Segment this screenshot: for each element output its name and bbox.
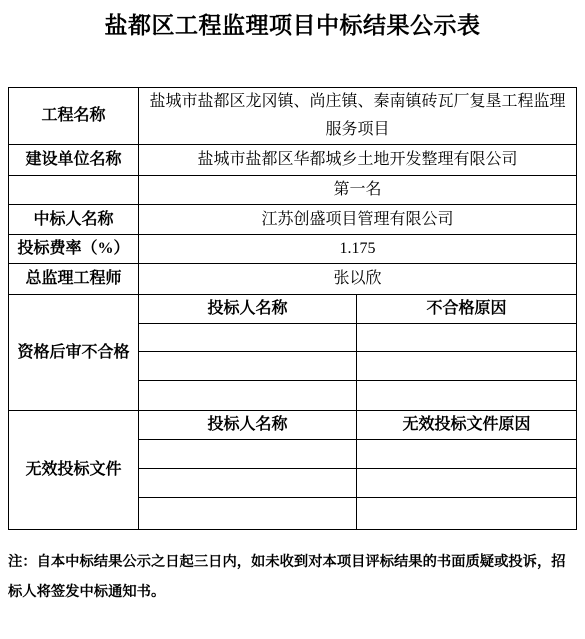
owner-name-value: 盐城市盐都区华都城乡土地开发整理有限公司 <box>139 145 577 176</box>
chief-engineer-label: 总监理工程师 <box>9 264 139 295</box>
winner-name-label: 中标人名称 <box>9 205 139 235</box>
page-title: 盐都区工程监理项目中标结果公示表 <box>0 0 585 42</box>
table-row: 第一名 <box>9 176 577 205</box>
announcement-page: 盐都区工程监理项目中标结果公示表 工程名称 盐城市盐都区龙冈镇、尚庄镇、秦南镇砖… <box>0 0 585 639</box>
footer-note: 注：自本中标结果公示之日起三日内，如未收到对本项目评标结果的书面质疑或投诉，招 … <box>8 547 581 607</box>
rank-value: 第一名 <box>139 176 577 205</box>
bid-rate-value: 1.175 <box>139 235 577 264</box>
invalid-reason-cell <box>357 469 577 498</box>
table-row: 资格后审不合格 投标人名称 不合格原因 <box>9 295 577 324</box>
disqualified-reason-cell <box>357 324 577 352</box>
winner-name-value: 江苏创盛项目管理有限公司 <box>139 205 577 235</box>
table-row: 建设单位名称 盐城市盐都区华都城乡土地开发整理有限公司 <box>9 145 577 176</box>
invalid-section-label: 无效投标文件 <box>9 411 139 530</box>
disqualified-bidder-cell <box>139 381 357 411</box>
invalid-bidder-header: 投标人名称 <box>139 411 357 440</box>
invalid-bidder-cell <box>139 440 357 469</box>
bid-rate-label: 投标费率（%） <box>9 235 139 264</box>
invalid-bidder-cell <box>139 469 357 498</box>
disqualified-reason-cell <box>357 352 577 381</box>
invalid-reason-cell <box>357 440 577 469</box>
invalid-reason-cell <box>357 498 577 530</box>
rank-label <box>9 176 139 205</box>
table-row: 无效投标文件 投标人名称 无效投标文件原因 <box>9 411 577 440</box>
project-name-label: 工程名称 <box>9 88 139 145</box>
invalid-bidder-cell <box>139 498 357 530</box>
disqualified-bidder-cell <box>139 324 357 352</box>
table-row: 总监理工程师 张以欣 <box>9 264 577 295</box>
table-row: 投标费率（%） 1.175 <box>9 235 577 264</box>
table-row: 中标人名称 江苏创盛项目管理有限公司 <box>9 205 577 235</box>
disqualified-bidder-cell <box>139 352 357 381</box>
project-name-value: 盐城市盐都区龙冈镇、尚庄镇、秦南镇砖瓦厂复垦工程监理 服务项目 <box>139 88 577 145</box>
disqualified-reason-cell <box>357 381 577 411</box>
chief-engineer-value: 张以欣 <box>139 264 577 295</box>
disqualified-section-label: 资格后审不合格 <box>9 295 139 411</box>
invalid-reason-header: 无效投标文件原因 <box>357 411 577 440</box>
disqualified-reason-header: 不合格原因 <box>357 295 577 324</box>
bid-result-table: 工程名称 盐城市盐都区龙冈镇、尚庄镇、秦南镇砖瓦厂复垦工程监理 服务项目 建设单… <box>8 87 577 530</box>
table-row: 工程名称 盐城市盐都区龙冈镇、尚庄镇、秦南镇砖瓦厂复垦工程监理 服务项目 <box>9 88 577 145</box>
owner-name-label: 建设单位名称 <box>9 145 139 176</box>
disqualified-bidder-header: 投标人名称 <box>139 295 357 324</box>
